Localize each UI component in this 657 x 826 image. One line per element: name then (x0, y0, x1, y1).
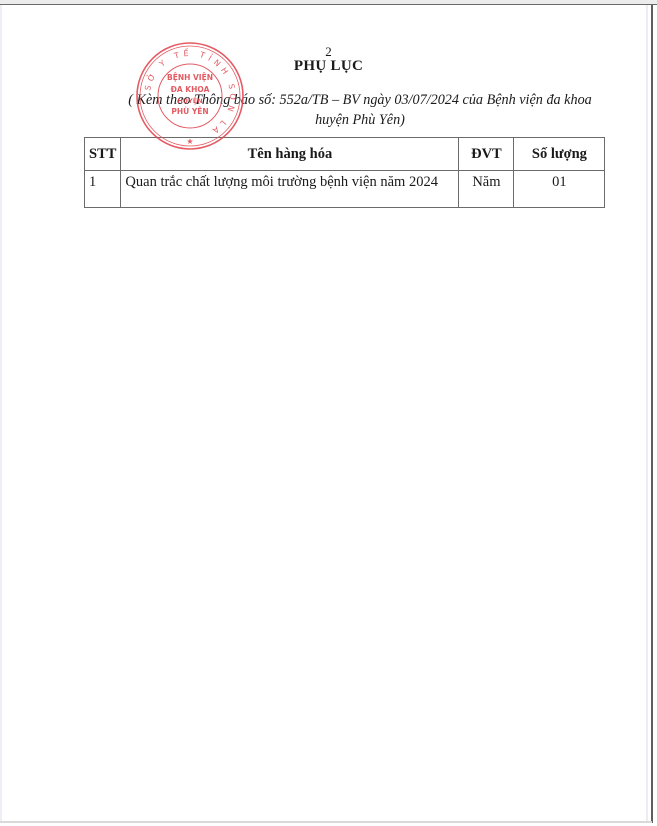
stamp-star-icon: ★ (186, 137, 193, 146)
cell-stt: 1 (85, 171, 121, 208)
page-right-border (651, 5, 653, 823)
cell-item-name: Quan trắc chất lượng môi trường bệnh việ… (121, 171, 459, 208)
cell-quantity: 01 (514, 171, 605, 208)
header-unit: ĐVT (459, 138, 514, 171)
stamp-line-1: BỆNH VIỆN (167, 73, 213, 82)
page-left-edge (0, 5, 2, 821)
cell-unit: Năm (459, 171, 514, 208)
document-title: PHỤ LỤC (0, 58, 657, 75)
viewer-top-bar (0, 0, 657, 5)
page-right-shadow (646, 5, 648, 821)
stamp-line-3: HUYỆN (177, 96, 202, 105)
stamp-line-2: ĐA KHOA (171, 85, 210, 94)
hospital-seal-stamp: SỞ Y TẾ TỈNH SƠN LA BỆNH VIỆN ĐA KHOA HU… (134, 40, 246, 152)
header-quantity: Số lượng (514, 138, 605, 171)
header-stt: STT (85, 138, 121, 171)
page-bottom-border (0, 821, 652, 823)
table-row: 1 Quan trắc chất lượng môi trường bệnh v… (85, 171, 605, 208)
stamp-line-4: PHÙ YÊN (171, 107, 208, 116)
